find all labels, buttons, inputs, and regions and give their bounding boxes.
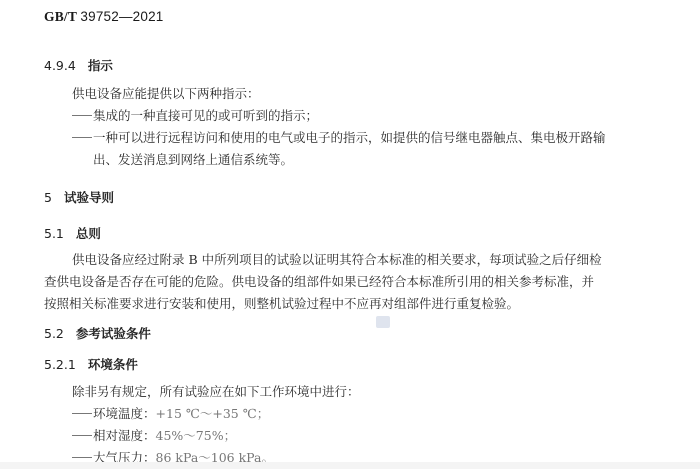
paragraph-5-2-1: 除非另有规定，所有试验应在如下工作环境中进行： 环境温度：+15 ℃～+35 ℃… — [72, 381, 360, 469]
section-number: 5.2 — [44, 326, 64, 341]
paragraph-5-1: 供电设备应经过附录 B 中所列项目的试验以证明其符合本标准的相关要求，每项试验之… — [44, 249, 602, 315]
dash-marker — [72, 137, 92, 138]
dash-marker — [72, 413, 92, 414]
paragraph-line: 按照相关标准要求进行安装和使用，则整机试验过程中不应再对组部件进行重复检验。 — [44, 293, 602, 315]
standard-code: GB/T 39752—2021 — [44, 9, 163, 25]
paragraph-intro: 除非另有规定，所有试验应在如下工作环境中进行： — [72, 381, 360, 403]
section-title: 指示 — [88, 58, 113, 73]
section-5-heading: 5试验导则 — [44, 188, 114, 206]
paragraph-intro: 供电设备应能提供以下两种指示： — [72, 83, 606, 105]
list-item: 环境温度：+15 ℃～+35 ℃； — [72, 403, 360, 425]
standard-prefix: GB/T — [44, 9, 77, 24]
section-number: 5 — [44, 190, 52, 205]
watermark-logo-icon — [376, 316, 390, 328]
dash-marker — [72, 435, 92, 436]
section-number: 4.9.4 — [44, 58, 76, 73]
section-5-2-1-heading: 5.2.1环境条件 — [44, 355, 138, 373]
section-4-9-4-heading: 4.9.4指示 — [44, 56, 113, 74]
list-item: 一种可以进行远程访问和使用的电气或电子的指示，如提供的信号继电器触点、集电极开路… — [72, 127, 606, 149]
section-title: 参考试验条件 — [76, 326, 151, 341]
section-number: 5.1 — [44, 226, 64, 241]
dash-marker — [72, 457, 92, 458]
section-title: 试验导则 — [64, 190, 114, 205]
paragraph-4-9-4: 供电设备应能提供以下两种指示： 集成的一种直接可见的或可听到的指示； 一种可以进… — [72, 83, 606, 171]
paragraph-line: 供电设备应经过附录 B 中所列项目的试验以证明其符合本标准的相关要求，每项试验之… — [44, 249, 602, 271]
list-item: 集成的一种直接可见的或可听到的指示； — [72, 105, 606, 127]
list-item: 相对湿度：45%～75%； — [72, 425, 360, 447]
section-title: 总则 — [76, 226, 101, 241]
section-number: 5.2.1 — [44, 357, 76, 372]
dash-marker — [72, 115, 92, 116]
list-item-continuation: 出、发送消息到网络上通信系统等。 — [72, 149, 606, 171]
section-5-1-heading: 5.1总则 — [44, 224, 101, 242]
section-5-2-heading: 5.2参考试验条件 — [44, 324, 151, 342]
standard-number: 39752—2021 — [80, 9, 163, 24]
page-bottom-edge — [0, 462, 700, 469]
section-title: 环境条件 — [88, 357, 138, 372]
paragraph-line: 查供电设备是否存在可能的危险。供电设备的组部件如果已经符合本标准所引用的相关参考… — [44, 271, 602, 293]
